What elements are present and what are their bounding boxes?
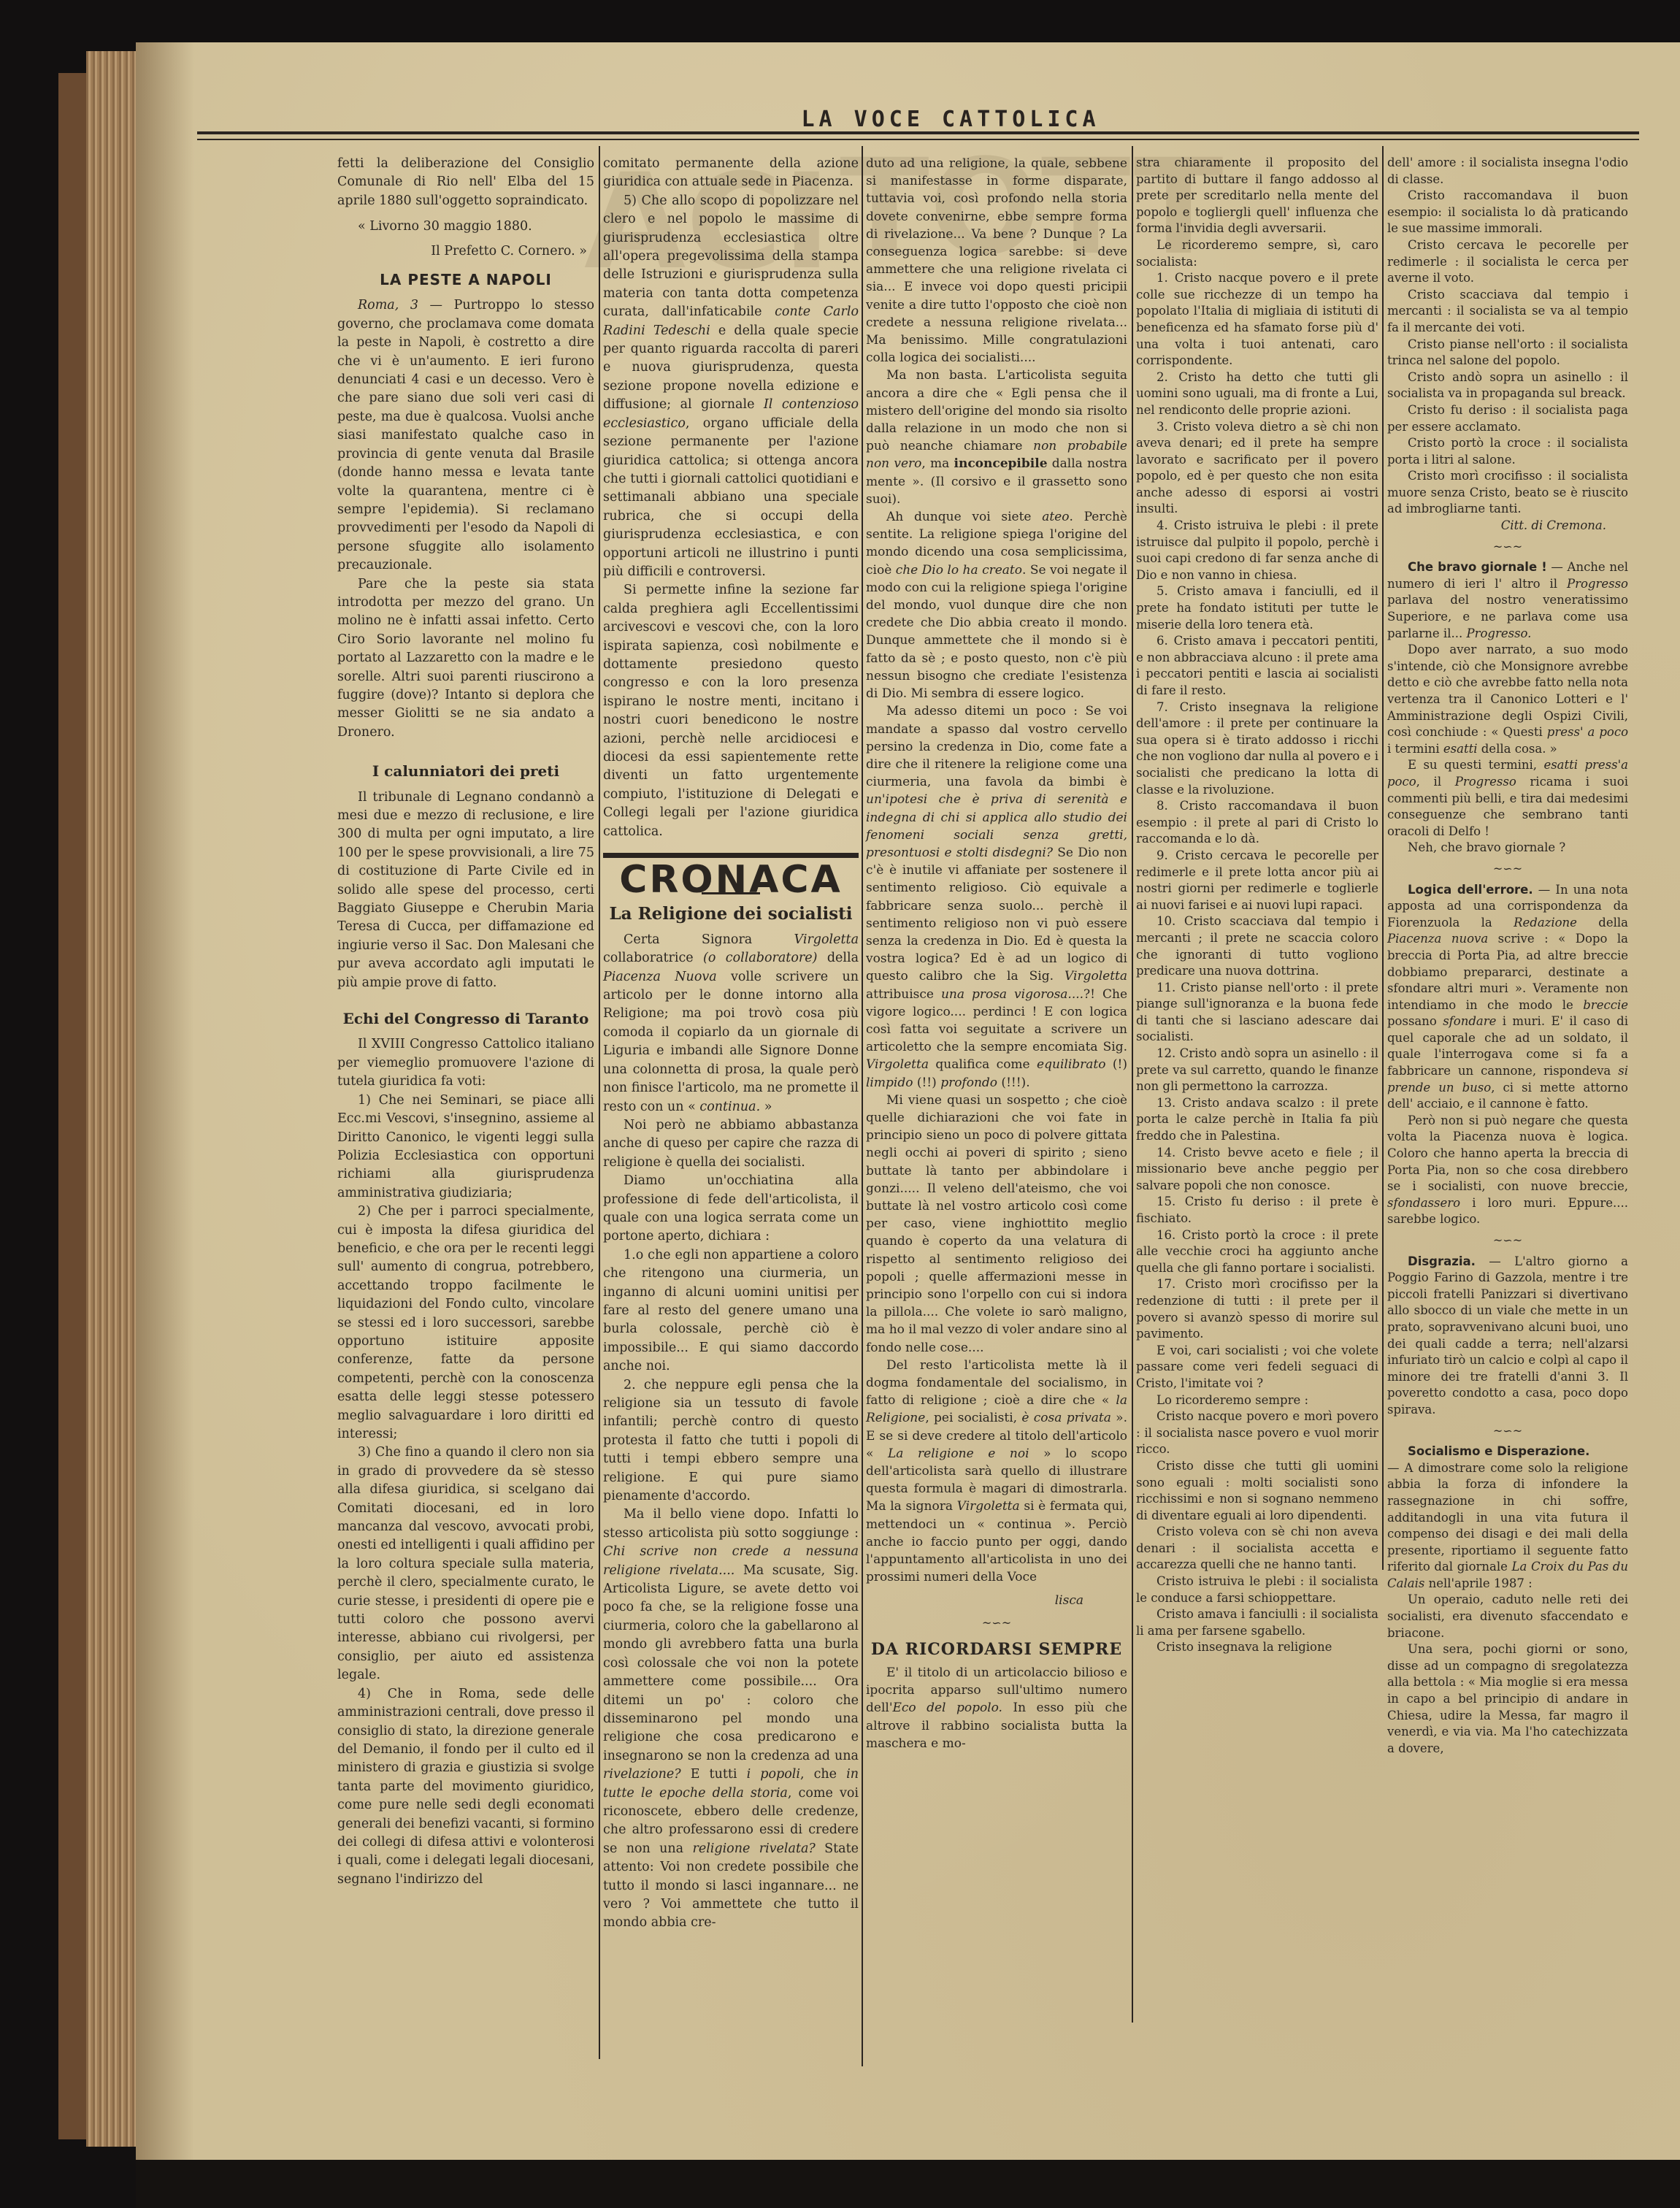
- text: press' a poco: [1547, 725, 1628, 739]
- paragraph: Pare che la peste sia stata introdotta p…: [337, 575, 594, 743]
- text: , che: [800, 1767, 846, 1782]
- paragraph: — A dimostrare come solo la religione ab…: [1387, 1460, 1628, 1592]
- flourish-ornament: ~∽~: [1387, 1423, 1628, 1440]
- paragraph: Dopo aver narrato, a suo modo s'intende,…: [1387, 642, 1628, 757]
- section-title: CRONACA: [603, 871, 859, 889]
- run-in-heading: Socialismo e Disperazione.: [1408, 1444, 1589, 1458]
- text: ateo: [1042, 510, 1069, 524]
- list-item: 16. Cristo portò la croce : il prete all…: [1136, 1227, 1378, 1277]
- list-item: 13. Cristo andava scalzo : il prete port…: [1136, 1095, 1378, 1145]
- flourish-ornament: ~∽~: [1387, 861, 1628, 878]
- text: E tutti: [681, 1767, 747, 1782]
- list-item: 5. Cristo amava i fanciulli, ed il prete…: [1136, 583, 1378, 633]
- paragraph: E su questi termini, esatti press'a poco…: [1387, 757, 1628, 840]
- text: i termini: [1387, 742, 1443, 756]
- list-item: Cristo andò sopra un asinello : il socia…: [1387, 369, 1628, 402]
- newspaper-name: Piacenza Nuova: [603, 970, 717, 984]
- paragraph: Il tribunale di Legnano condannò a mesi …: [337, 789, 594, 992]
- text: Ma adesso ditemi un poco : Se voi mandat…: [866, 704, 1127, 789]
- text: , il: [1416, 775, 1455, 789]
- text: (!!!).: [997, 1076, 1030, 1090]
- paragraph: E' il titolo di un articolaccio bilioso …: [866, 1664, 1127, 1752]
- text: rivelazione?: [603, 1767, 681, 1782]
- article-heading: La Religione dei socialisti: [603, 905, 859, 923]
- paragraph: E voi, cari socialisti ; voi che volete …: [1136, 1343, 1378, 1392]
- column-5: dell' amore : il socialista insegna l'od…: [1387, 155, 1628, 1757]
- text: Però non si può negare che questa volta …: [1387, 1113, 1628, 1193]
- text: , organo ufficiale della sezione permane…: [603, 416, 859, 579]
- paragraph: Ma adesso ditemi un poco : Se voi mandat…: [866, 702, 1127, 1091]
- paragraph: Neh, che bravo giornale ?: [1387, 840, 1628, 856]
- article-heading: Echi del Congresso di Taranto: [337, 1010, 594, 1028]
- paragraph: 2. che neppure egli pensa che la religio…: [603, 1376, 859, 1506]
- text: — L'altro giorno a Poggio Farino di Gazz…: [1387, 1254, 1628, 1417]
- paragraph: Logica dell'errore. — In una nota appost…: [1387, 882, 1628, 1113]
- text: Del resto l'articolista mette là il dogm…: [866, 1358, 1127, 1408]
- list-item: 8. Cristo raccomandava il buon esempio :…: [1136, 798, 1378, 848]
- text: della: [817, 951, 859, 965]
- paragraph: duto ad una religione, la quale, sebbene…: [866, 155, 1127, 367]
- run-in-heading: Disgrazia.: [1408, 1254, 1476, 1268]
- list-item: 6. Cristo amava i peccatori pentiti, e n…: [1136, 633, 1378, 699]
- text: sfondassero: [1387, 1196, 1460, 1210]
- text: esatti: [1443, 742, 1478, 756]
- list-item: Cristo scacciava dal tempio i mercanti :…: [1387, 287, 1628, 337]
- column-rule: [1382, 146, 1384, 1570]
- paragraph: 2) Che per i parroci specialmente, cui è…: [337, 1203, 594, 1444]
- list-item: Cristo voleva con sè chi non aveva denar…: [1136, 1524, 1378, 1573]
- paragraph: Socialismo e Disperazione.: [1387, 1444, 1628, 1460]
- column-rule: [599, 146, 600, 2059]
- text: , ma: [921, 456, 954, 471]
- text: della cosa. »: [1478, 742, 1557, 756]
- list-item: 4. Cristo istruiva le plebi : il prete i…: [1136, 518, 1378, 583]
- paragraph: Del resto l'articolista mette là il dogm…: [866, 1357, 1127, 1587]
- column-rule: [1132, 146, 1133, 2023]
- text: inconcepibile: [954, 456, 1048, 471]
- run-in-heading: Logica dell'errore.: [1408, 883, 1533, 897]
- list-item: Cristo cercava le pecorelle per redimerl…: [1387, 237, 1628, 287]
- signature: lisca: [1055, 1593, 1083, 1608]
- paragraph: Disgrazia. — L'altro giorno a Poggio Far…: [1387, 1254, 1628, 1419]
- text: profondo: [940, 1076, 997, 1090]
- text: — Purtroppo lo stesso governo, che procl…: [337, 298, 594, 572]
- masthead-rule: [197, 131, 1639, 140]
- dateline: « Livorno 30 maggio 1880.: [337, 218, 594, 236]
- book-page-edges: [86, 51, 137, 2147]
- list-item: Cristo morì crocifisso : il socialista m…: [1387, 468, 1628, 518]
- newspaper-name: Progresso: [1567, 577, 1628, 591]
- text: volle scrivere un articolo per le donne …: [603, 970, 859, 1114]
- column-2: comitato permanente della azione giuridi…: [603, 155, 859, 1933]
- list-item: Cristo raccomandava il buon esempio: il …: [1387, 188, 1628, 237]
- person-name: Virgoletta: [957, 1499, 1020, 1514]
- list-item: Cristo istruiva le plebi : il socialista…: [1136, 1573, 1378, 1606]
- run-in-heading: Che bravo giornale !: [1408, 560, 1547, 574]
- text: Certa Signora: [624, 932, 794, 947]
- text: (!!): [913, 1076, 940, 1090]
- text: »: [760, 1100, 772, 1114]
- source-attribution: Citt. di Cremona.: [1501, 518, 1606, 532]
- paragraph: Le ricorderemo sempre, sì, caro socialis…: [1136, 237, 1378, 270]
- text: è cosa privata: [1021, 1411, 1111, 1425]
- text: nell'aprile 1987 :: [1424, 1576, 1532, 1590]
- paragraph: Si permette infine la sezione far calda …: [603, 581, 859, 841]
- list-item: 11. Cristo pianse nell'orto : il prete p…: [1136, 980, 1378, 1046]
- text: qualifica come: [929, 1057, 1037, 1072]
- paragraph: 1.o che egli non appartiene a coloro che…: [603, 1246, 859, 1376]
- text: sfondare: [1443, 1014, 1496, 1028]
- paragraph: fetti la deliberazione del Consiglio Com…: [337, 155, 594, 210]
- text: Ma scusate, Sig. Articolista Ligure, se …: [603, 1563, 859, 1763]
- list-item: Cristo portò la croce : il socialista po…: [1387, 435, 1628, 468]
- text: E su questi termini,: [1408, 758, 1543, 772]
- text: collaboratrice: [603, 951, 703, 965]
- paragraph: stra chiaramente il proposito del partit…: [1136, 155, 1378, 237]
- column-rule: [862, 146, 863, 2066]
- section-rule: [603, 853, 859, 858]
- list-item: Cristo amava i fanciulli : il socialista…: [1136, 1606, 1378, 1639]
- flourish-ornament: ~∽~: [1387, 539, 1628, 556]
- list-item: Cristo insegnava la religione: [1136, 1639, 1378, 1656]
- text: . Se voi negate il modo con cui la relig…: [866, 563, 1127, 701]
- text: una prosa vigorosa....: [941, 987, 1083, 1002]
- newspaper-name: Eco del popolo.: [893, 1701, 1002, 1715]
- text: — A dimostrare come solo la religione ab…: [1387, 1461, 1628, 1574]
- text: attribuisce: [866, 987, 941, 1002]
- text: , pei socialisti,: [925, 1411, 1021, 1425]
- text: religione rivelata?: [692, 1841, 815, 1856]
- paragraph: 1) Che nei Seminari, se piace alli Ecc.m…: [337, 1092, 594, 1203]
- flourish-ornament: ~∽~: [866, 1614, 1127, 1632]
- list-item: dell' amore : il socialista insegna l'od…: [1387, 155, 1628, 188]
- paragraph: 4) Che in Roma, sede delle amministrazio…: [337, 1685, 594, 1889]
- paragraph: Che bravo giornale ! — Anche nel numero …: [1387, 559, 1628, 642]
- text: (o collaboratore): [703, 951, 817, 965]
- paragraph: Ma il bello viene dopo. Infatti lo stess…: [603, 1506, 859, 1932]
- column-3: duto ad una religione, la quale, sebbene…: [866, 155, 1127, 1752]
- text: limpido: [866, 1076, 913, 1090]
- paragraph: comitato permanente della azione giuridi…: [603, 155, 859, 192]
- list-item: 17. Cristo morì crocifisso per la redenz…: [1136, 1276, 1378, 1342]
- list-item: Cristo nacque povero e morì povero : il …: [1136, 1408, 1378, 1458]
- paragraph: Noi però ne abbiamo abbastanza anche di …: [603, 1116, 859, 1172]
- page-bottom-shadow: [136, 2160, 1680, 2208]
- text: Redazione: [1514, 916, 1577, 929]
- text: Ah dunque voi siete: [886, 510, 1042, 524]
- article-heading: LA PESTE A NAPOLI: [337, 271, 594, 289]
- list-item: 12. Cristo andò sopra un asinello : il p…: [1136, 1046, 1378, 1095]
- newspaper-name: Progresso.: [1466, 626, 1531, 640]
- article-heading: I calunniatori dei preti: [337, 762, 594, 781]
- paragraph: Roma, 3 — Purtroppo lo stesso governo, c…: [337, 296, 594, 575]
- list-item: 9. Cristo cercava le pecorelle per redim…: [1136, 848, 1378, 913]
- list-item: Cristo pianse nell'orto : il socialista …: [1387, 337, 1628, 369]
- column-4: stra chiaramente il proposito del partit…: [1136, 155, 1378, 1656]
- list-item: 15. Cristo fu deriso : il prete è fischi…: [1136, 1194, 1378, 1227]
- newspaper-name: Piacenza nuova: [1387, 932, 1488, 946]
- list-item: 7. Cristo insegnava la religione dell'am…: [1136, 699, 1378, 799]
- article-title: La religione e noi: [888, 1446, 1029, 1461]
- paragraph: Un operaio, caduto nelle reti dei social…: [1387, 1592, 1628, 1641]
- person-name: Virgoletta: [794, 932, 859, 947]
- flourish-ornament: ~∽~: [1387, 1233, 1628, 1249]
- paragraph: Il XVIII Congresso Cattolico italiano pe…: [337, 1035, 594, 1091]
- text: che Dio lo ha creato: [896, 563, 1022, 578]
- paragraph: Però non si può negare che questa volta …: [1387, 1113, 1628, 1228]
- paragraph: Ma non basta. L'articolista seguita anco…: [866, 367, 1127, 508]
- text: della: [1577, 916, 1628, 929]
- list-item: 3. Cristo voleva dietro a sè chi non ave…: [1136, 419, 1378, 518]
- paragraph: Una sera, pochi giorni or sono, disse ad…: [1387, 1641, 1628, 1757]
- text: Se Dio non c'è è inutile vi affaniate pe…: [866, 846, 1127, 984]
- book-spine: [58, 73, 88, 2139]
- newspaper-name: Progresso: [1455, 775, 1516, 789]
- article-heading: DA RICORDARSI SEMPRE: [866, 1641, 1127, 1658]
- person-name: Virgoletta: [866, 1057, 929, 1072]
- gutter-shadow: [136, 42, 194, 2160]
- paragraph: Mi viene quasi un sospetto ; che cioè qu…: [866, 1092, 1127, 1357]
- list-item: 14. Cristo bevve aceto e fiele ; il miss…: [1136, 1145, 1378, 1195]
- text: possano: [1387, 1014, 1443, 1028]
- paragraph: 5) Che allo scopo di popolizzare nel cle…: [603, 192, 859, 582]
- signature: Il Prefetto C. Cornero. »: [337, 242, 594, 261]
- list-item: 10. Cristo scacciava dal tempio i mercan…: [1136, 913, 1378, 979]
- paragraph: 3) Che fino a quando il clero non sia in…: [337, 1444, 594, 1684]
- text: 5) Che allo scopo di popolizzare nel cle…: [603, 193, 859, 319]
- list-item: 1. Cristo nacque povero e il prete colle…: [1136, 270, 1378, 369]
- paragraph: Ah dunque voi siete ateo. Perchè sentite…: [866, 508, 1127, 702]
- person-name: Virgoletta: [1065, 969, 1127, 984]
- list-item: 2. Cristo ha detto che tutti gli uomini …: [1136, 369, 1378, 419]
- paragraph: Certa Signora Virgoletta collaboratrice …: [603, 931, 859, 1116]
- text: continua.: [699, 1100, 760, 1114]
- paragraph: Diamo un'occhiatina alla professione di …: [603, 1172, 859, 1246]
- column-1: fetti la deliberazione del Consiglio Com…: [337, 155, 594, 1889]
- list-item: Cristo fu deriso : il socialista paga pe…: [1387, 402, 1628, 435]
- text: i popoli: [747, 1767, 800, 1782]
- text: Ma il bello viene dopo. Infatti lo stess…: [603, 1507, 859, 1540]
- list-item: Cristo disse che tutti gli uomini sono e…: [1136, 1458, 1378, 1524]
- text: (!): [1105, 1057, 1127, 1072]
- paragraph: Lo ricorderemo sempre :: [1136, 1392, 1378, 1409]
- text: breccie: [1583, 998, 1628, 1012]
- text: equilibrato: [1037, 1057, 1105, 1072]
- masthead: LA VOCE CATTOLICA: [732, 107, 1170, 132]
- dateline: Roma, 3: [358, 298, 418, 313]
